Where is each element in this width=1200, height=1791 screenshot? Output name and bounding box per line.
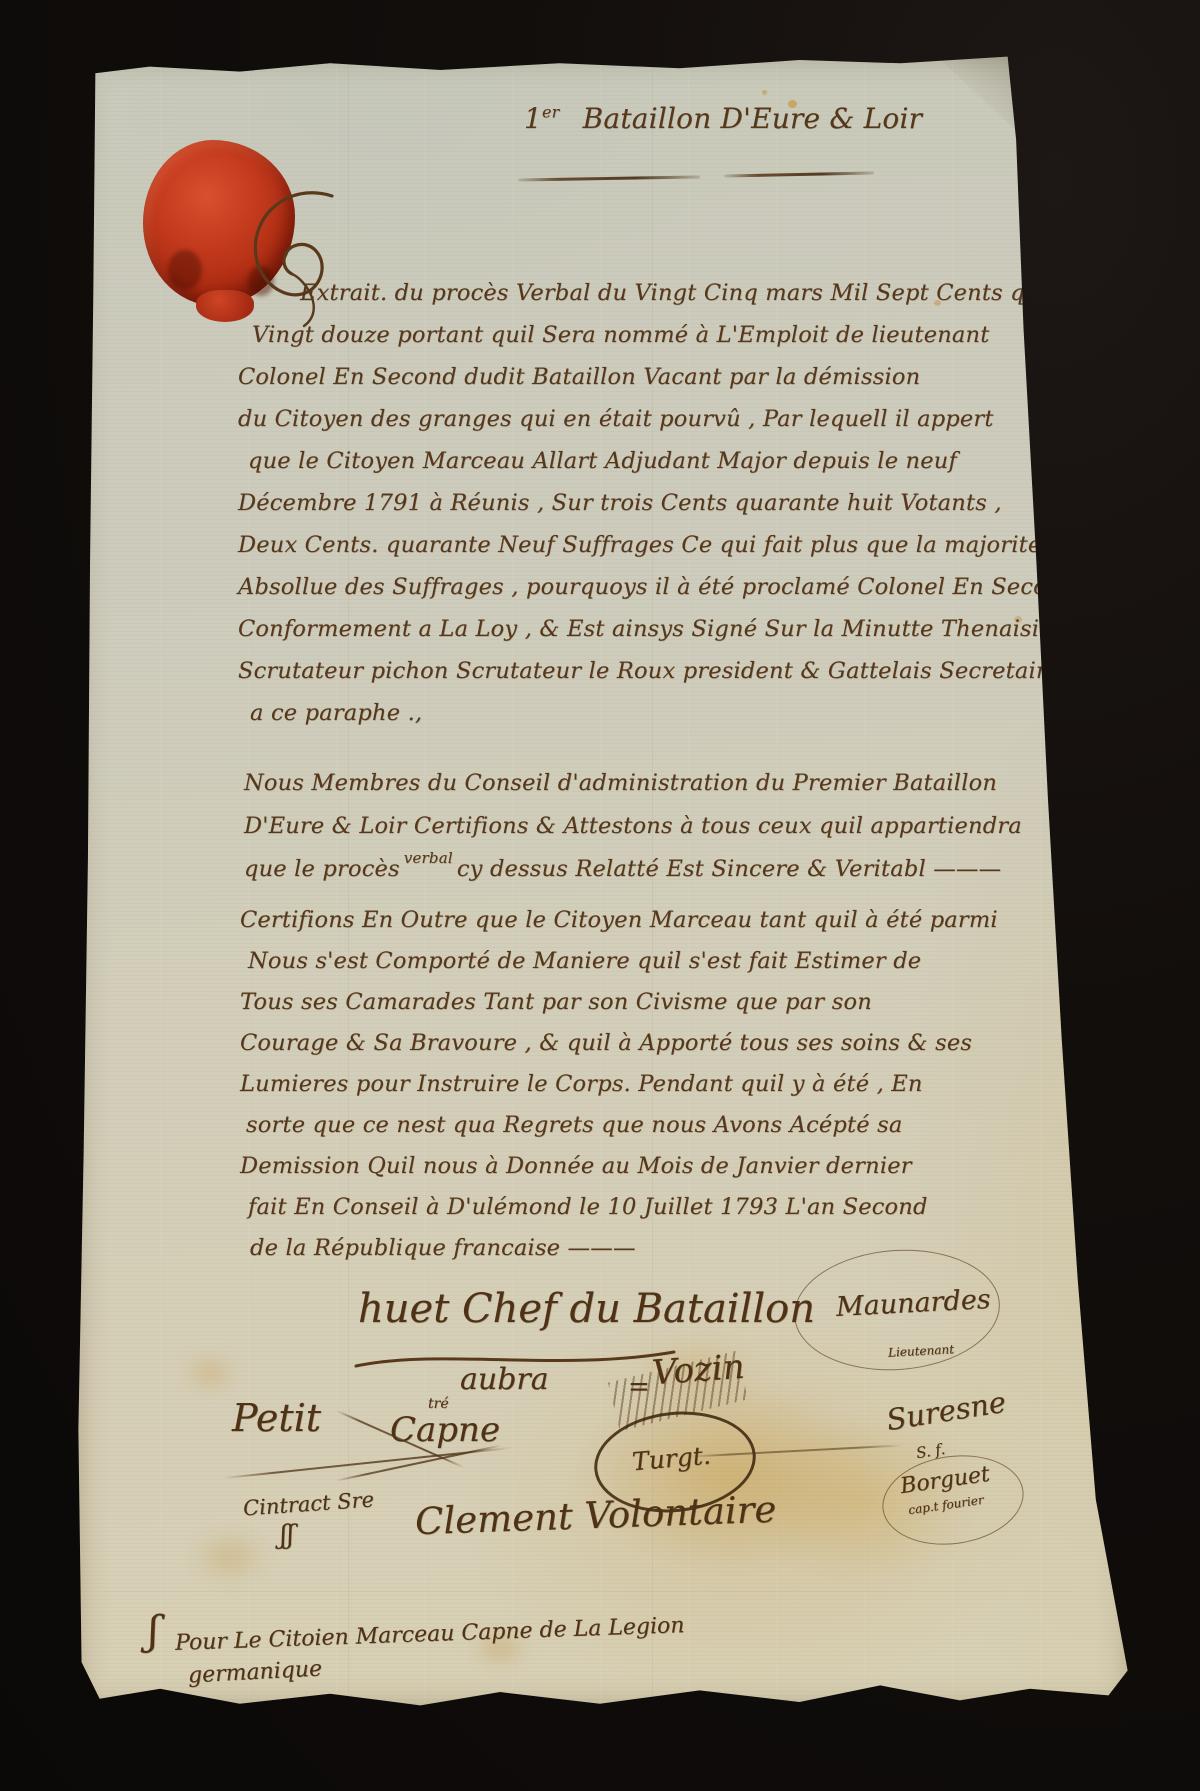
paragraph-certification: Nous Membres du Conseil d'administration…: [244, 762, 1022, 891]
footer-flourish: ʃ: [148, 1608, 159, 1654]
header-number: 1: [524, 102, 542, 135]
folded-corner: [934, 54, 1026, 140]
header-title: 1er Bataillon D'Eure & Loir: [524, 102, 922, 135]
line-end: cy dessus Relatté Est Sincere & Veritabl…: [457, 856, 1001, 882]
handwritten-line: fait En Conseil à D'ulémond le 10 Juille…: [240, 1187, 998, 1228]
stain-spot: [180, 1350, 240, 1396]
stain-spot: [190, 1528, 270, 1586]
handwritten-line: D'Eure & Loir Certifions & Attestons à t…: [244, 805, 1022, 848]
signature-cintract-flourish: ʃʃ: [280, 1520, 294, 1550]
handwritten-line: Colonel En Second dudit Bataillon Vacant…: [238, 356, 1087, 398]
footer-note-line2: germanique: [187, 1657, 322, 1689]
header-title-text: Bataillon D'Eure & Loir: [583, 102, 923, 135]
handwritten-line: Conformement a La Loy , & Est ainsys Sig…: [238, 608, 1087, 650]
handwritten-line: du Citoyen des granges qui en était pour…: [238, 398, 1087, 440]
signature-vozin: Vozin: [651, 1347, 746, 1393]
handwritten-line: Absollue des Suffrages , pourquoys il à …: [238, 566, 1087, 608]
paragraph-extrait: Extrait. du procès Verbal du Vingt Cinq …: [238, 272, 1087, 734]
header-ordinal: er: [542, 103, 560, 122]
signature-suresne: Suresne: [884, 1385, 1008, 1437]
photo-background: 1er Bataillon D'Eure & Loir Extrait. du …: [0, 0, 1200, 1791]
foxing-dot: [762, 90, 767, 95]
handwritten-line: que le procèsverbalcy dessus Relatté Est…: [244, 848, 1022, 891]
header-underline-left: [518, 175, 700, 181]
handwritten-line: Nous Membres du Conseil d'administration…: [244, 762, 1022, 805]
signature-cintract: Cintract Sre: [242, 1487, 374, 1520]
insertion-word: verbal: [404, 849, 453, 867]
handwritten-line: Scrutateur pichon Scrutateur le Roux pre…: [238, 650, 1087, 692]
signature-aubra: aubra: [460, 1362, 549, 1397]
handwritten-line: a ce paraphe .,: [238, 692, 1087, 734]
handwritten-line: Certifions En Outre que le Citoyen Marce…: [240, 900, 998, 941]
signature-clement: Clement Volontaire: [414, 1488, 777, 1544]
header-underline-right: [724, 171, 874, 177]
handwritten-line: que le Citoyen Marceau Allart Adjudant M…: [238, 440, 1087, 482]
handwritten-line: Courage & Sa Bravoure , & quil à Apporté…: [240, 1023, 998, 1064]
handwritten-line: Décembre 1791 à Réunis , Sur trois Cents…: [238, 482, 1087, 524]
wax-seal-shadow: [168, 250, 202, 290]
paper-sheet: 1er Bataillon D'Eure & Loir Extrait. du …: [72, 50, 1134, 1712]
fold-crease-horizontal: [102, 1590, 1074, 1592]
handwritten-line: Demission Quil nous à Donnée au Mois de …: [240, 1146, 998, 1187]
handwritten-line: sorte que ce nest qua Regrets que nous A…: [240, 1105, 998, 1146]
signature-huet: huet Chef du Bataillon: [358, 1286, 815, 1332]
footer-note-line1: Pour Le Citoien Marceau Capne de La Legi…: [175, 1613, 685, 1656]
line-start: que le procès: [244, 856, 400, 882]
handwritten-line: Vingt douze portant quil Sera nommé à L'…: [238, 314, 1087, 356]
signature-vozin-dashes: =: [628, 1372, 650, 1402]
handwritten-line: Extrait. du procès Verbal du Vingt Cinq …: [238, 272, 1087, 314]
handwritten-line: Lumieres pour Instruire le Corps. Pendan…: [240, 1064, 998, 1105]
handwritten-line: Tous ses Camarades Tant par son Civisme …: [240, 982, 998, 1023]
signature-petit: Petit: [232, 1396, 321, 1440]
paragraph-marceau-conduct: Certifions En Outre que le Citoyen Marce…: [240, 900, 998, 1269]
handwritten-line: Nous s'est Comporté de Maniere quil s'es…: [240, 941, 998, 982]
signature-capne: Capne: [390, 1410, 500, 1450]
handwritten-line: Deux Cents. quarante Neuf Suffrages Ce q…: [238, 524, 1087, 566]
